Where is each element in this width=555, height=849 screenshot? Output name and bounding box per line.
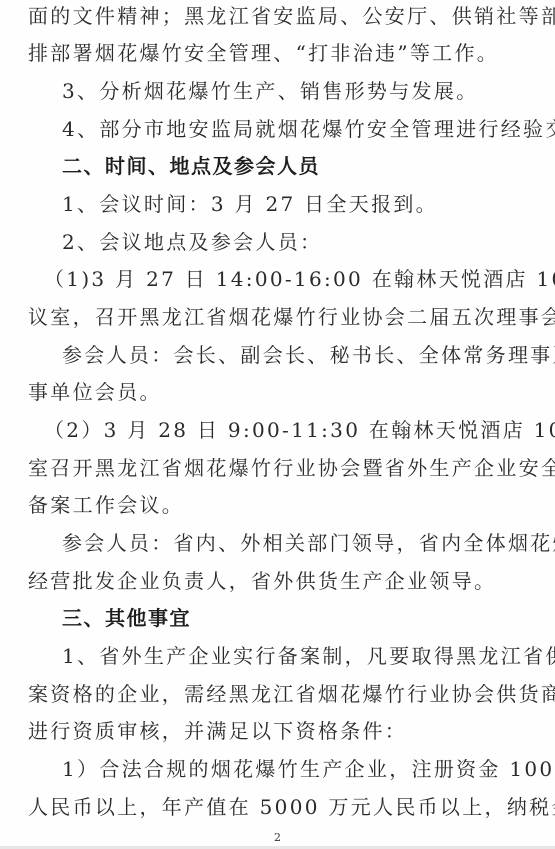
session-2-line: 室召开黑龙江省烟花爆竹行业协会暨省外生产企业安全资质: [28, 453, 527, 483]
session-2-attendees: 参会人员：省内、外相关部门领导，省内全体烟花爆竹: [62, 528, 527, 558]
text-line: 面的文件精神；黑龙江省安监局、公安厅、供销社等部门安: [28, 1, 527, 31]
section-heading-3: 三、其他事宜: [62, 603, 527, 633]
list-item-3: 3、分析烟花爆竹生产、销售形势与发展。: [62, 76, 527, 106]
session-1-line: 议室，召开黑龙江省烟花爆竹行业协会二届五次理事会。: [28, 302, 527, 332]
section-heading-2: 二、时间、地点及参会人员: [62, 151, 527, 181]
condition-1: 人民币以上，年产值在 5000 万元人民币以上，纳税金额在: [28, 792, 527, 822]
list-item-4: 4、部分市地安监局就烟花爆竹安全管理进行经验交流。: [62, 114, 527, 144]
session-1-attendees: 事单位会员。: [28, 377, 527, 407]
condition-1: 1）合法合规的烟花爆竹生产企业，注册资金 1000 万元: [62, 754, 527, 784]
page-number: 2: [0, 832, 555, 844]
meeting-location-heading: 2、会议地点及参会人员：: [62, 227, 527, 257]
session-2-attendees: 经营批发企业负责人，省外供货生产企业领导。: [28, 566, 527, 596]
other-item-1: 案资格的企业，需经黑龙江省烟花爆竹行业协会供货商分会: [28, 679, 527, 709]
other-item-1: 1、省外生产企业实行备案制，凡要取得黑龙江省供货备: [62, 641, 527, 671]
meeting-time: 1、会议时间：3 月 27 日全天报到。: [62, 189, 527, 219]
session-2-line: 备案工作会议。: [28, 490, 527, 520]
other-item-1: 进行资质审核，并满足以下资格条件：: [28, 716, 527, 746]
session-1-attendees: 参会人员：会长、副会长、秘书长、全体常务理事及理: [62, 340, 527, 370]
session-2-line: （2）3 月 28 日 9:00-11:30 在翰林天悦酒店 10 楼大会议: [44, 415, 527, 445]
session-1-line: （1)3 月 27 日 14:00-16:00 在翰林天悦酒店 10 楼第二会: [44, 264, 527, 294]
document-page: 面的文件精神；黑龙江省安监局、公安厅、供销社等部门安 排部署烟花爆竹安全管理、“…: [0, 0, 555, 846]
text-line: 排部署烟花爆竹安全管理、“打非治违”等工作。: [28, 38, 527, 68]
